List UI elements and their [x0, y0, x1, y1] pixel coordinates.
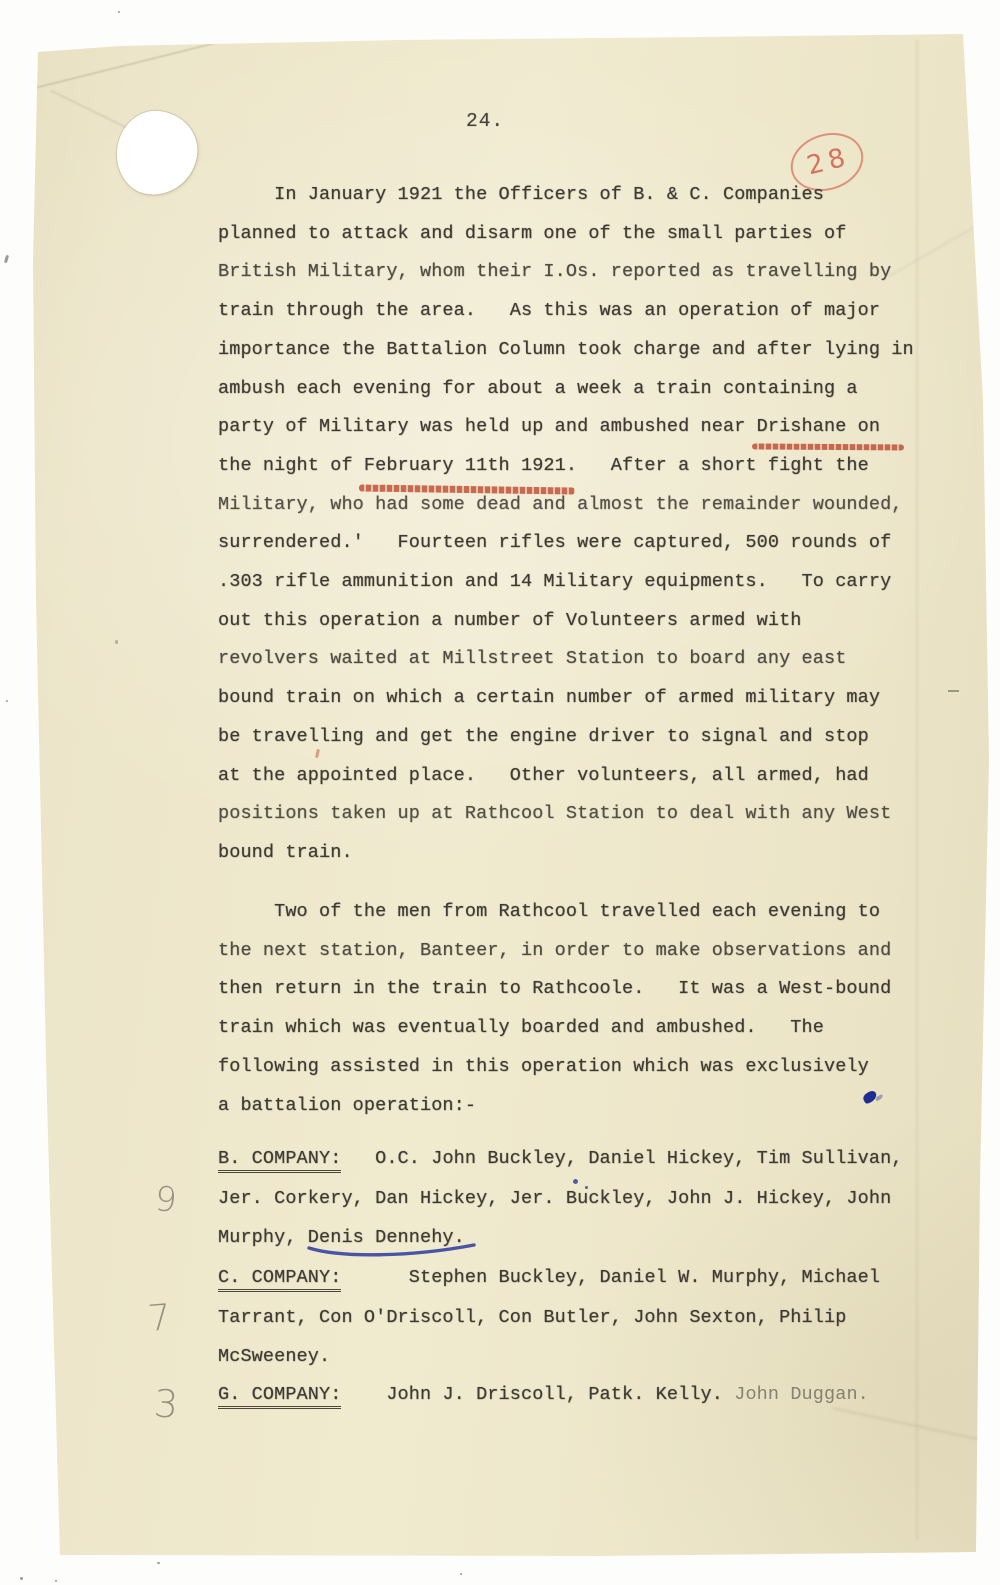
text-line: revolvers waited at Millstreet Station t… — [218, 640, 914, 679]
text-line: ambush each evening for about a week a t… — [218, 370, 914, 409]
blue-ink-dot — [585, 1186, 588, 1189]
text-line: then return in the train to Rathcoole. I… — [218, 970, 891, 1009]
company-c-section: C. COMPANY: Stephen Buckley, Daniel W. M… — [218, 1258, 880, 1377]
paper-crease — [33, 37, 237, 90]
text-line: Tarrant, Con O'Driscoll, Con Butler, Joh… — [218, 1298, 880, 1338]
company-g-appended-name: John Duggan. — [723, 1384, 869, 1405]
text-line: McSweeney. — [218, 1337, 880, 1377]
text-line: Two of the men from Rathcool travelled e… — [218, 893, 891, 932]
blue-underline-dennehy — [306, 1241, 478, 1261]
scan-speck — [118, 11, 120, 13]
pencil-dash — [948, 690, 959, 692]
red-underline-drishane — [752, 443, 904, 450]
text-line: the night of February 11th 1921. After a… — [218, 447, 914, 486]
text-line: bound train. — [218, 834, 914, 873]
paper-crease — [916, 40, 918, 1540]
text-line: Jer. Corkery, Dan Hickey, Jer. Buckley, … — [218, 1179, 903, 1219]
text-line: .303 rifle ammunition and 14 Military eq… — [218, 563, 914, 602]
text-line: out this operation a number of Volunteer… — [218, 602, 914, 641]
text-line: a battalion operation:- — [218, 1087, 891, 1126]
text-line: In January 1921 the Officers of B. & C. … — [218, 176, 914, 215]
scan-speck — [55, 1580, 57, 1582]
scan-speck — [20, 1577, 23, 1580]
text-line: at the appointed place. Other volunteers… — [218, 757, 914, 796]
page-number: 24. — [466, 110, 504, 132]
scan-speck — [4, 255, 9, 264]
document-page: 24. 28 In January 1921 the Officers of B… — [0, 0, 1000, 1585]
company-c-heading: C. COMPANY: — [218, 1267, 341, 1292]
company-g-heading: G. COMPANY: — [218, 1384, 341, 1409]
company-g-heading-line: G. COMPANY: John J. Driscoll, Patk. Kell… — [218, 1375, 869, 1415]
pencil-tally-g: 3 — [152, 1381, 179, 1427]
scan-speck — [460, 1573, 462, 1575]
text-line: positions taken up at Rathcool Station t… — [218, 795, 914, 834]
company-g-names: John J. Driscoll, Patk. Kelly. — [341, 1384, 723, 1405]
text-line: British Military, whom their I.Os. repor… — [218, 253, 914, 292]
company-b-names: O.C. John Buckley, Daniel Hickey, Tim Su… — [341, 1148, 902, 1169]
company-b-section: B. COMPANY: O.C. John Buckley, Daniel Hi… — [218, 1139, 903, 1258]
text-line: train which was eventually boarded and a… — [218, 1009, 891, 1048]
company-c-names: Stephen Buckley, Daniel W. Murphy, Micha… — [341, 1267, 880, 1288]
text-line: following assisted in this operation whi… — [218, 1048, 891, 1087]
company-b-heading-line: B. COMPANY: O.C. John Buckley, Daniel Hi… — [218, 1139, 903, 1179]
text-line: importance the Battalion Column took cha… — [218, 331, 914, 370]
punch-hole — [112, 106, 203, 200]
text-line: train through the area. As this was an o… — [218, 292, 914, 331]
blue-ink-dot — [573, 1179, 578, 1184]
paragraph-2: Two of the men from Rathcool travelled e… — [218, 893, 891, 1125]
paper-speck — [115, 640, 118, 644]
company-c-heading-line: C. COMPANY: Stephen Buckley, Daniel W. M… — [218, 1258, 880, 1298]
scan-speck — [157, 1562, 160, 1564]
text-line: surrendered.' Fourteen rifles were captu… — [218, 524, 914, 563]
text-line: the next station, Banteer, in order to m… — [218, 932, 891, 971]
text-line: party of Military was held up and ambush… — [218, 408, 914, 447]
scan-speck — [6, 700, 8, 702]
company-b-heading: B. COMPANY: — [218, 1148, 341, 1173]
text-line: planned to attack and disarm one of the … — [218, 215, 914, 254]
company-g-section: G. COMPANY: John J. Driscoll, Patk. Kell… — [218, 1375, 869, 1415]
text-line: bound train on which a certain number of… — [218, 679, 914, 718]
pencil-tally-c: 7 — [146, 1297, 172, 1340]
text-line: be travelling and get the engine driver … — [218, 718, 914, 757]
pencil-tally-b: 9 — [153, 1179, 179, 1221]
paragraph-1: In January 1921 the Officers of B. & C. … — [218, 176, 914, 873]
